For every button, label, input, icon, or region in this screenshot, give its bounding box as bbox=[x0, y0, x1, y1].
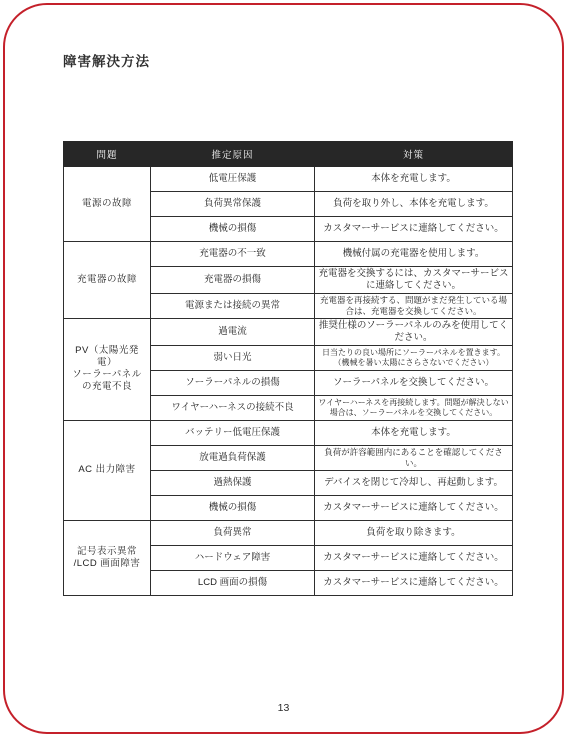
cause-cell: 過電流 bbox=[151, 318, 315, 345]
cause-cell: 電源または接続の異常 bbox=[151, 293, 315, 318]
table-row: PV（太陽光発電） ソーラーパネル の充電不良 過電流 推奨仕様のソーラーパネル… bbox=[64, 318, 513, 345]
action-cell: 充電器を再接続する、問題がまだ発生している場合は、充電器を交換してください。 bbox=[315, 293, 513, 318]
cause-cell: 機械の損傷 bbox=[151, 495, 315, 520]
action-cell: 日当たりの良い場所にソーラーパネルを置きます。（機械を暑い太陽にさらさないでくだ… bbox=[315, 345, 513, 370]
table-row: 充電器の故障 充電器の不一致 機械付属の充電器を使用します。 bbox=[64, 242, 513, 267]
action-cell: 負荷が許容範囲内にあることを確認してください。 bbox=[315, 445, 513, 470]
action-cell: 本体を充電します。 bbox=[315, 167, 513, 192]
table-row: 電源の故障 低電圧保護 本体を充電します。 bbox=[64, 167, 513, 192]
action-cell: デバイスを閉じて冷却し、再起動します。 bbox=[315, 470, 513, 495]
action-cell: カスタマーサービスに連絡してください。 bbox=[315, 570, 513, 595]
action-cell: 負荷を取り外し、本体を充電します。 bbox=[315, 192, 513, 217]
cause-cell: 充電器の不一致 bbox=[151, 242, 315, 267]
action-cell: 充電器を交換するには、カスタマーサービスに連絡してください。 bbox=[315, 267, 513, 294]
action-cell: カスタマーサービスに連絡してください。 bbox=[315, 217, 513, 242]
cause-cell: 負荷異常 bbox=[151, 520, 315, 545]
table-header-row: 問題 推定原因 対策 bbox=[64, 142, 513, 167]
cause-cell: 放電過負荷保護 bbox=[151, 445, 315, 470]
header-problem: 問題 bbox=[64, 142, 151, 167]
action-cell: 推奨仕様のソーラーパネルのみを使用してください。 bbox=[315, 318, 513, 345]
problem-cell-power-failure: 電源の故障 bbox=[64, 167, 151, 242]
cause-cell: バッテリー低電圧保護 bbox=[151, 420, 315, 445]
cause-cell: ソーラーパネルの損傷 bbox=[151, 370, 315, 395]
action-cell: 本体を充電します。 bbox=[315, 420, 513, 445]
page-number: 13 bbox=[0, 702, 567, 714]
cause-cell: 負荷異常保護 bbox=[151, 192, 315, 217]
action-cell: カスタマーサービスに連絡してください。 bbox=[315, 495, 513, 520]
table-row: 記号表示異常 /LCD 画面障害 負荷異常 負荷を取り除きます。 bbox=[64, 520, 513, 545]
troubleshooting-table: 問題 推定原因 対策 電源の故障 低電圧保護 本体を充電します。 負荷異常保護 … bbox=[63, 141, 513, 596]
action-cell: ソーラーパネルを交換してください。 bbox=[315, 370, 513, 395]
problem-cell-charger-failure: 充電器の故障 bbox=[64, 242, 151, 319]
action-cell: カスタマーサービスに連絡してください。 bbox=[315, 545, 513, 570]
cause-cell: 過熱保護 bbox=[151, 470, 315, 495]
cause-cell: 機械の損傷 bbox=[151, 217, 315, 242]
cause-cell: 低電圧保護 bbox=[151, 167, 315, 192]
problem-cell-ac-output-failure: AC 出力障害 bbox=[64, 420, 151, 520]
table-row: AC 出力障害 バッテリー低電圧保護 本体を充電します。 bbox=[64, 420, 513, 445]
problem-cell-pv-charging-failure: PV（太陽光発電） ソーラーパネル の充電不良 bbox=[64, 318, 151, 420]
header-cause: 推定原因 bbox=[151, 142, 315, 167]
page-title: 障害解決方法 bbox=[63, 50, 150, 70]
cause-cell: 弱い日光 bbox=[151, 345, 315, 370]
document-page: 障害解決方法 問題 推定原因 対策 電源の故障 低電圧保護 本体を充電します。 … bbox=[0, 0, 567, 737]
action-cell: ワイヤーハーネスを再接続します。問題が解決しない場合は、ソーラーパネルを交換して… bbox=[315, 395, 513, 420]
cause-cell: ハードウェア障害 bbox=[151, 545, 315, 570]
header-action: 対策 bbox=[315, 142, 513, 167]
cause-cell: 充電器の損傷 bbox=[151, 267, 315, 294]
problem-cell-lcd-display-failure: 記号表示異常 /LCD 画面障害 bbox=[64, 520, 151, 595]
action-cell: 機械付属の充電器を使用します。 bbox=[315, 242, 513, 267]
cause-cell: ワイヤーハーネスの接続不良 bbox=[151, 395, 315, 420]
cause-cell: LCD 画面の損傷 bbox=[151, 570, 315, 595]
action-cell: 負荷を取り除きます。 bbox=[315, 520, 513, 545]
